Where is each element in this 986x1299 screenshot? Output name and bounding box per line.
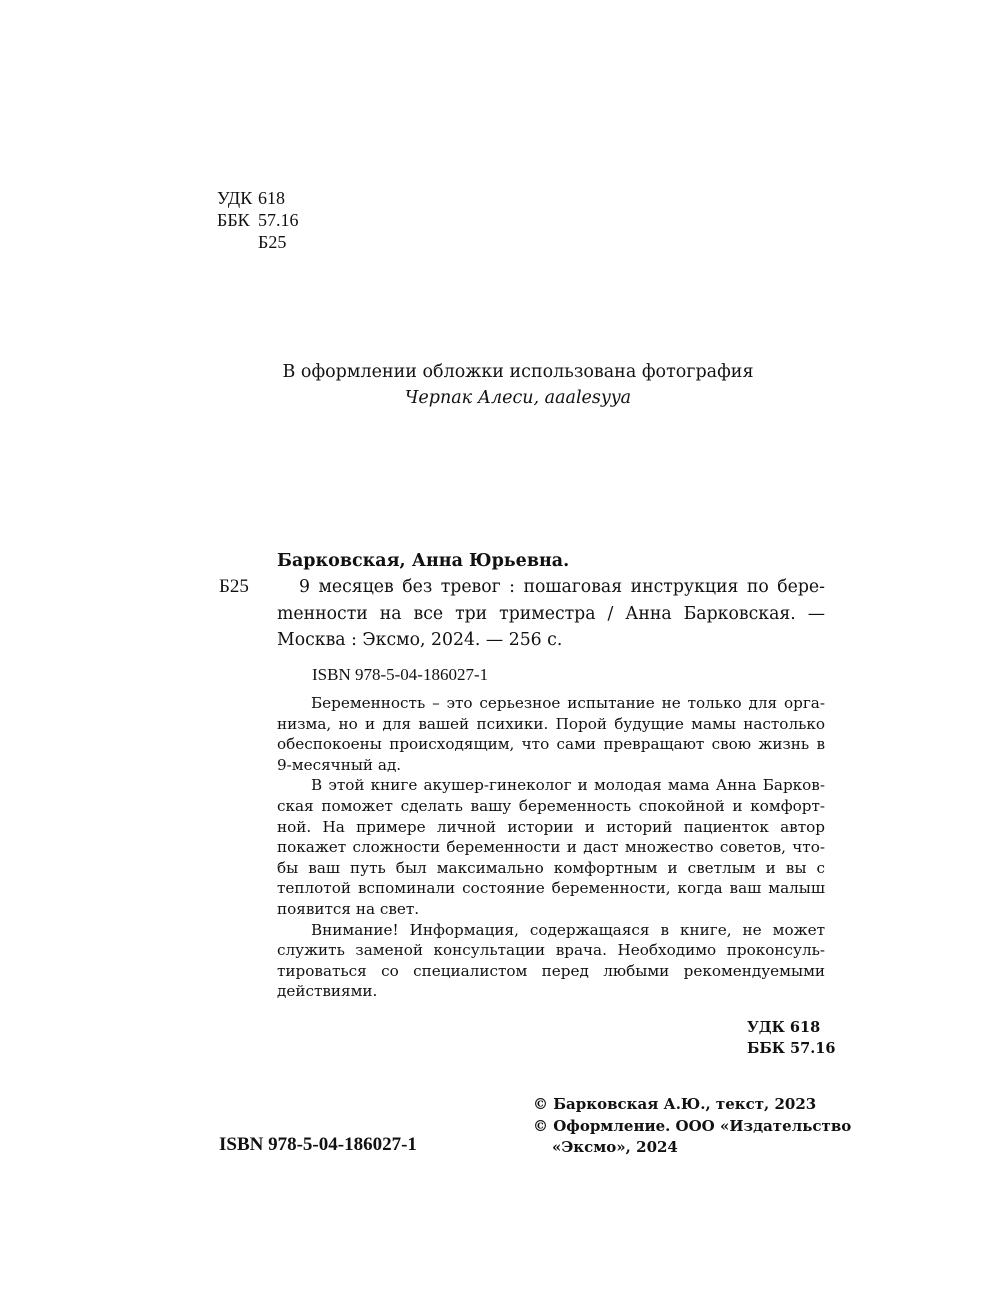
- annotation-paragraph: Беременность – это серьезное испытание н…: [277, 693, 825, 775]
- udk-value: 618: [258, 187, 285, 209]
- classification-codes-bottom: УДК 618 ББК 57.16: [747, 1017, 835, 1059]
- classification-codes-top: УДК 618 ББК 57.16 Б25: [217, 187, 299, 253]
- bbk-label: ББК: [217, 209, 258, 231]
- cover-credit-line: В оформлении обложки использована фотогр…: [200, 359, 836, 385]
- annotation-paragraph: В этой книге акушер-гинеколог и молодая …: [277, 775, 825, 919]
- udk-label: УДК: [217, 187, 258, 209]
- bibliography-isbn: ISBN 978-5-04-186027-1: [312, 664, 488, 686]
- bbk-value: 57.16: [258, 209, 299, 231]
- isbn-footer: ISBN 978-5-04-186027-1: [219, 1134, 417, 1156]
- bibliography-description: 9 месяцев без тревог : пошаговая инструк…: [277, 574, 825, 654]
- bbk-row: ББК 57.16: [217, 209, 299, 231]
- copyright-text: © Барковская А.Ю., текст, 2023: [533, 1094, 833, 1116]
- copyright-design: © Оформление. ООО «Издательство: [533, 1116, 833, 1138]
- udk-code: УДК 618: [747, 1017, 835, 1038]
- bbk-code: ББК 57.16: [747, 1038, 835, 1059]
- author-sign-row: Б25: [217, 231, 299, 253]
- bibliography-author-sign: Б25: [219, 574, 249, 600]
- author-sign: Б25: [258, 231, 286, 253]
- photographer-credit: Черпак Алеси, aaalesyya: [200, 385, 836, 411]
- udk-row: УДК 618: [217, 187, 299, 209]
- annotation-paragraph: Внимание! Информация, содержащаяся в кни…: [277, 920, 825, 1002]
- copyright-block: © Барковская А.Ю., текст, 2023 © Оформле…: [533, 1094, 833, 1159]
- bibliography-author: Барковская, Анна Юрьевна.: [277, 548, 569, 574]
- copyright-design-cont: «Эксмо», 2024: [533, 1137, 833, 1159]
- cover-credit: В оформлении обложки использована фотогр…: [200, 359, 836, 411]
- annotation: Беременность – это серьезное испытание н…: [277, 693, 825, 1002]
